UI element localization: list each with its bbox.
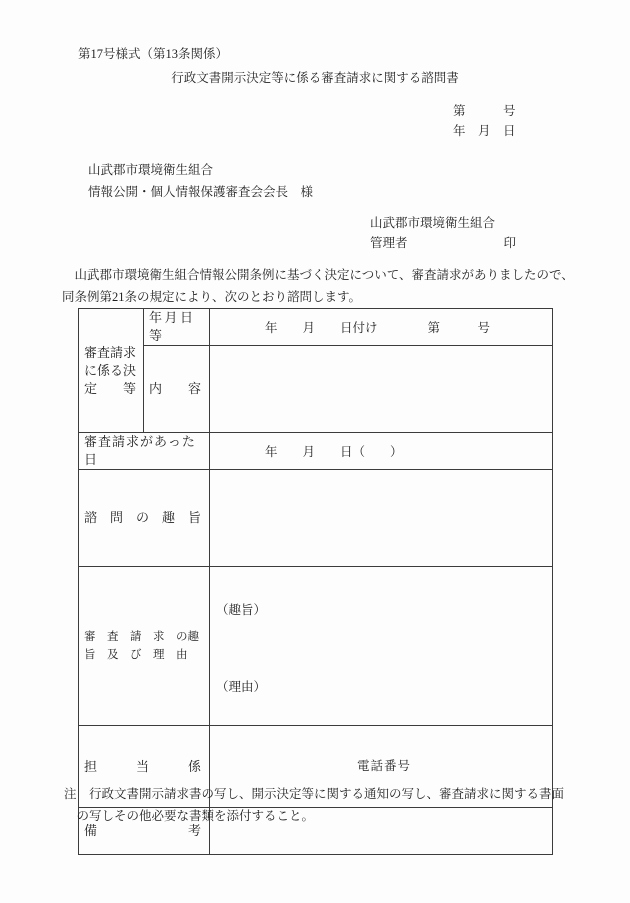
row-label-consultation-purport: 諮 問 の 趣 旨 — [79, 470, 210, 567]
request-purport-value-cell: （趣旨） （理由） — [210, 567, 553, 726]
sender-role: 管理者 — [370, 236, 408, 251]
body-paragraph: 山武郡市環境衛生組合情報公開条例に基づく決定について、審査請求がありましたので、… — [62, 264, 574, 308]
decision-date-value-cell: 年 月 日付け 第 号 — [210, 309, 553, 346]
sender-role-line: 管理者 印 — [370, 236, 516, 251]
seal-mark: 印 — [503, 236, 516, 251]
decision-content-row: 内 容 — [79, 346, 553, 433]
sender-org: 山武郡市環境衛生組合 — [370, 216, 495, 231]
consultation-form-table: 審査請求 に係る決 定 等 年月日等 年 月 日付け 第 号 内 容 審査請求が… — [78, 308, 553, 855]
request-date-value-cell: 年 月 日（ ） — [210, 433, 553, 470]
reason-heading: （理由） — [216, 679, 552, 695]
purport-heading: （趣旨） — [216, 602, 552, 618]
form-number: 第17号様式（第13条関係） — [78, 47, 228, 62]
consultation-purport-row: 諮 問 の 趣 旨 — [79, 470, 553, 567]
document-title: 行政文書開示決定等に係る審査請求に関する諮問書 — [0, 71, 630, 86]
addressee-org: 山武郡市環境衛生組合 — [88, 163, 213, 178]
footnote: 注 行政文書開示請求書の写し、開示決定等に関する通知の写し、審査請求に関する書面… — [64, 783, 564, 827]
row-label-request-date: 審査請求があった日 — [79, 433, 210, 470]
row-label-content: 内 容 — [144, 346, 210, 433]
request-purport-row: 審 査 請 求 の趣 旨 及 び 理 由 （趣旨） （理由） — [79, 567, 553, 726]
document-date-line: 年 月 日 — [453, 124, 516, 139]
row-label-decision-group: 審査請求 に係る決 定 等 — [79, 309, 144, 433]
addressee-chair-line: 情報公開・個人情報保護審査会会長 様 — [88, 185, 313, 200]
document-number-line: 第 号 — [453, 104, 516, 119]
consultation-purport-value-cell — [210, 470, 553, 567]
phone-number-label: 電話番号 — [216, 756, 552, 777]
request-date-row: 審査請求があった日 年 月 日（ ） — [79, 433, 553, 470]
decision-date-row: 審査請求 に係る決 定 等 年月日等 年 月 日付け 第 号 — [79, 309, 553, 346]
decision-content-value-cell — [210, 346, 553, 433]
row-label-request-purport: 審 査 請 求 の趣 旨 及 び 理 由 — [79, 567, 210, 726]
row-label-date: 年月日等 — [144, 309, 210, 346]
document-page: 第17号様式（第13条関係） 行政文書開示決定等に係る審査請求に関する諮問書 第… — [0, 0, 630, 903]
